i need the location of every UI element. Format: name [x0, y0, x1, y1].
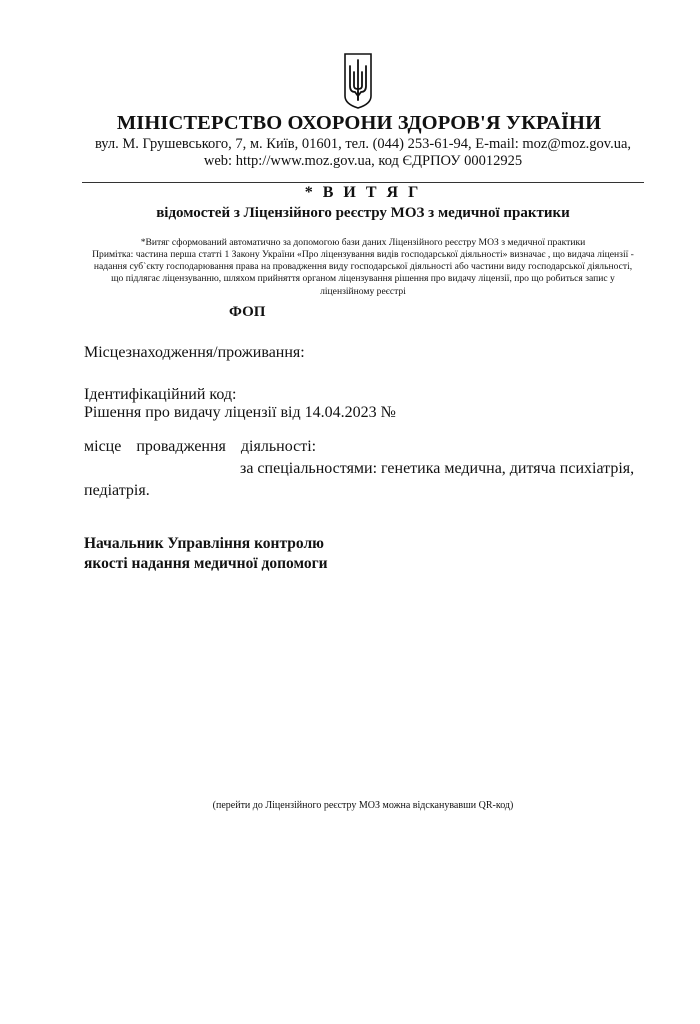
license-decision-label: Рішення про видачу ліцензії від 14.04.20…: [84, 404, 396, 422]
identification-code-label: Ідентифікаційний код:: [84, 386, 236, 404]
extract-subtitle: відомостей з Ліцензійного реєстру МОЗ з …: [0, 205, 700, 222]
ministry-title: МІНІСТЕРСТВО ОХОРОНИ ЗДОРОВ'Я УКРАЇНИ: [0, 112, 700, 135]
location-label: Місцезнаходження/проживання:: [84, 344, 305, 362]
header-divider: [82, 182, 644, 183]
qr-code-hint: (перейти до Ліцензійного реєстру МОЗ мож…: [0, 800, 700, 811]
activity-place-label: місце провадження діяльності:: [84, 438, 316, 456]
legal-note: Примітка: частина перша статті 1 Закону …: [92, 249, 634, 298]
specialties-list: за спеціальностями: генетика медична, ди…: [240, 460, 634, 478]
signatory-title-line2: якості надання медичної допомоги: [84, 555, 328, 573]
specialties-list-continued: педіатрія.: [84, 482, 150, 500]
ukraine-trident-emblem-icon: [343, 52, 373, 110]
fop-label: ФОП: [229, 304, 265, 321]
extract-title: * В И Т Я Г: [0, 184, 700, 202]
signatory-title-line1: Начальник Управління контролю: [84, 535, 324, 553]
ministry-web-and-code: web: http://www.moz.gov.ua, код ЄДРПОУ 0…: [0, 153, 700, 170]
auto-generated-note: *Витяг сформований автоматично за допомо…: [92, 237, 634, 249]
ministry-address: вул. М. Грушевського, 7, м. Київ, 01601,…: [0, 136, 700, 153]
